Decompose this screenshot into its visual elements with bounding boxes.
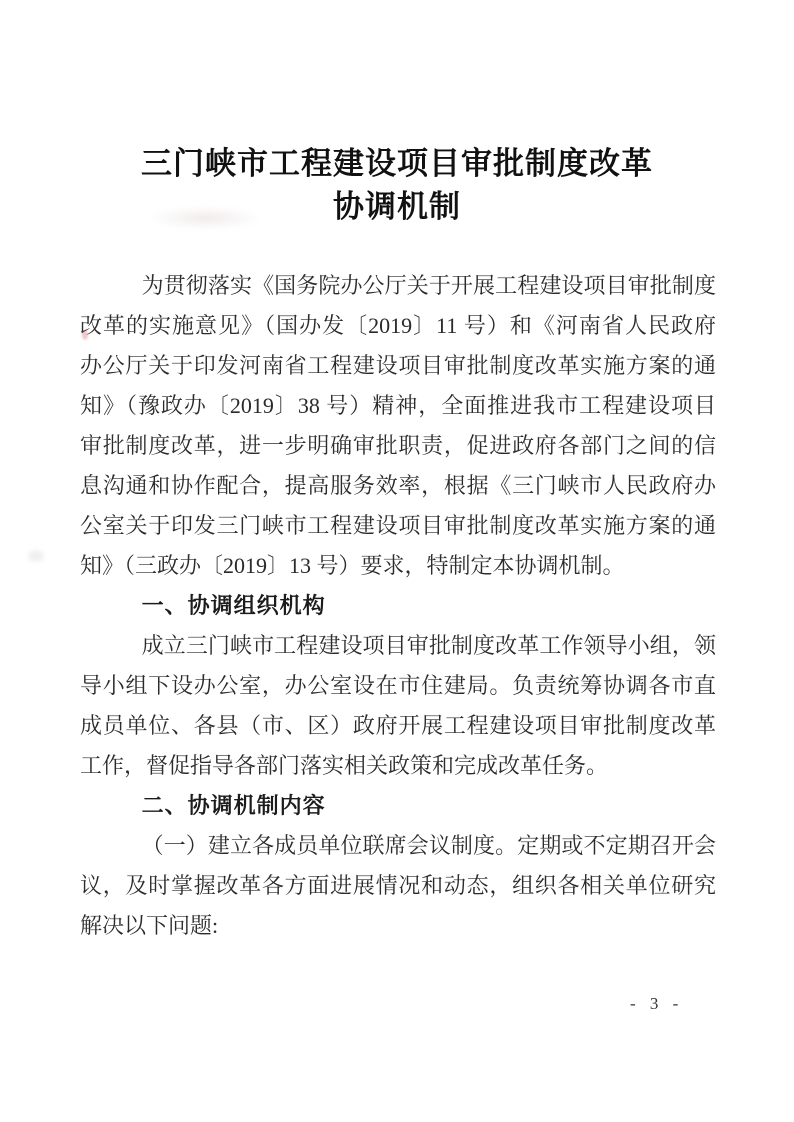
section-heading: 一、协调组织机构 <box>80 586 716 626</box>
scan-artifact-gray-speck <box>28 550 44 562</box>
text-line: 工作，督促指导各部门落实相关政策和完成改革任务。 <box>80 746 716 786</box>
text-line: 解决以下问题: <box>80 906 716 946</box>
document-page: 三门峡市工程建设项目审批制度改革 协调机制 为贯彻落实《国务院办公厅关于开展工程… <box>0 0 794 1122</box>
text-line: 知》（豫政办〔2019〕38 号）精神，全面推进我市工程建设项目 <box>80 386 716 426</box>
document-title-line-1: 三门峡市工程建设项目审批制度改革 <box>0 143 794 186</box>
text-line: 公室关于印发三门峡市工程建设项目审批制度改革实施方案的通 <box>80 506 716 546</box>
document-title: 三门峡市工程建设项目审批制度改革 协调机制 <box>0 143 794 229</box>
document-body: 为贯彻落实《国务院办公厅关于开展工程建设项目审批制度改革的实施意见》（国办发〔2… <box>80 266 716 946</box>
text-line: 导小组下设办公室，办公室设在市住建局。负责统筹协调各市直 <box>80 666 716 706</box>
paragraph: 为贯彻落实《国务院办公厅关于开展工程建设项目审批制度改革的实施意见》（国办发〔2… <box>80 266 716 586</box>
text-line: 审批制度改革，进一步明确审批职责，促进政府各部门之间的信 <box>80 426 716 466</box>
section-heading: 二、协调机制内容 <box>80 786 716 826</box>
paragraph: 成立三门峡市工程建设项目审批制度改革工作领导小组，领导小组下设办公室，办公室设在… <box>80 626 716 786</box>
text-line: 办公厅关于印发河南省工程建设项目审批制度改革实施方案的通 <box>80 346 716 386</box>
text-line: 成立三门峡市工程建设项目审批制度改革工作领导小组，领 <box>80 626 716 666</box>
text-line: 息沟通和协作配合，提高服务效率，根据《三门峡市人民政府办 <box>80 466 716 506</box>
text-line: （一）建立各成员单位联席会议制度。定期或不定期召开会 <box>80 826 716 866</box>
document-title-line-2: 协调机制 <box>0 186 794 229</box>
text-line: 议，及时掌握改革各方面进展情况和动态，组织各相关单位研究 <box>80 866 716 906</box>
paragraph: （一）建立各成员单位联席会议制度。定期或不定期召开会议，及时掌握改革各方面进展情… <box>80 826 716 946</box>
page-number: - 3 - <box>630 994 683 1014</box>
text-line: 成员单位、各县（市、区）政府开展工程建设项目审批制度改革 <box>80 706 716 746</box>
text-line: 为贯彻落实《国务院办公厅关于开展工程建设项目审批制度 <box>80 266 716 306</box>
text-line: 改革的实施意见》（国办发〔2019〕11 号）和《河南省人民政府 <box>80 306 716 346</box>
text-line: 知》（三政办〔2019〕13 号）要求，特制定本协调机制。 <box>80 546 716 586</box>
